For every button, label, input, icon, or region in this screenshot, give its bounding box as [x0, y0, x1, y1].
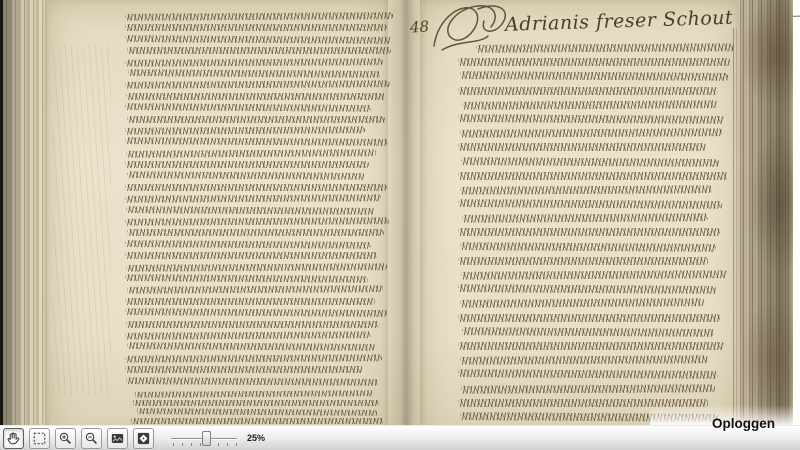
handwriting-line: [462, 213, 708, 223]
handwriting-line: [125, 240, 371, 249]
handwriting-line: [131, 418, 383, 424]
fit-screen-icon: [135, 430, 152, 447]
handwriting-line: [126, 377, 378, 386]
dashed-rect-icon: [31, 430, 48, 447]
handwriting-line: [126, 149, 376, 158]
marquee-select-button[interactable]: [29, 428, 50, 449]
handwriting-line: [458, 369, 718, 379]
handwriting-line: [126, 206, 375, 215]
right-page: Adrianis freser Schout Den: [420, 0, 738, 450]
handwriting-line: [458, 284, 716, 294]
zoom-slider[interactable]: [171, 428, 237, 449]
handwriting-line: [127, 342, 376, 351]
handwriting-line: [125, 217, 389, 226]
handwriting-line: [460, 242, 716, 252]
handwriting-line: [461, 157, 719, 167]
zoom-slider-thumb[interactable]: [202, 431, 211, 446]
handwriting-line: [460, 355, 708, 365]
handwriting-line: [125, 184, 387, 191]
left-page: [47, 0, 388, 450]
handwriting-line: [128, 69, 380, 78]
fore-edge-pages: [738, 0, 793, 450]
handwriting-line: [127, 286, 383, 295]
image-view-button[interactable]: [107, 428, 128, 449]
viewer-toolbar: 25%: [0, 425, 800, 450]
handwriting-line: [458, 199, 722, 209]
handwriting-line: [462, 327, 714, 337]
magnifier-minus-icon: [83, 430, 100, 447]
handwriting-line: [458, 172, 728, 180]
heading-text: Adrianis freser Schout Den: [505, 6, 751, 36]
handwriting-line: [125, 103, 371, 112]
handwriting-line: [125, 366, 363, 373]
handwriting-line: [125, 81, 390, 90]
handwriting-line: [458, 143, 706, 151]
ink-bleed-through: [53, 45, 111, 395]
handwriting-line: [125, 308, 387, 317]
fit-screen-button[interactable]: [133, 428, 154, 449]
handwriting-line: [125, 252, 377, 259]
handwriting-line: [125, 12, 393, 21]
handwriting-line: [125, 137, 388, 146]
handwriting-line: [125, 298, 375, 305]
handwriting-line: [126, 263, 387, 272]
handwriting-line: [462, 100, 717, 110]
handwriting-line: [125, 24, 387, 31]
handwriting-line: [476, 43, 734, 53]
hand-icon: [5, 430, 22, 447]
handwriting-line: [461, 270, 727, 280]
handwriting-line: [458, 314, 720, 322]
handwriting-left: [125, 13, 393, 389]
handwriting-line: [127, 229, 384, 236]
handwriting-line: [458, 257, 708, 265]
left-page-edges: [3, 0, 47, 450]
handwriting-line: [460, 299, 704, 308]
zoom-level-label: 25%: [247, 433, 265, 443]
margin-rule-secondary: [736, 28, 737, 450]
handwriting-line: [127, 47, 391, 54]
handwriting-line: [137, 408, 377, 416]
handwriting-line: [125, 274, 368, 283]
pan-tool-button[interactable]: [3, 428, 24, 449]
handwriting-line: [126, 321, 379, 328]
handwriting-line: [126, 93, 386, 100]
photo-icon: [109, 430, 126, 447]
zoom-in-button[interactable]: [55, 428, 76, 449]
handwriting-line: [133, 400, 379, 406]
handwriting-line: [125, 35, 391, 44]
handwriting-line: [458, 228, 720, 236]
zoom-out-button[interactable]: [81, 428, 102, 449]
logout-link[interactable]: Oploggen: [712, 416, 775, 431]
handwriting-right: [458, 44, 736, 427]
handwriting-line: [127, 116, 385, 123]
handwriting-line: [458, 58, 730, 66]
handwriting-line: [458, 114, 724, 124]
handwriting-line: [458, 87, 718, 95]
handwriting-line: [461, 384, 715, 394]
handwriting-line: [125, 58, 383, 67]
handwriting-line: [135, 390, 373, 397]
manuscript-photo[interactable]: 48 Adrianis freser Schout Den: [0, 0, 793, 450]
margin-rule: [733, 28, 734, 450]
handwriting-line: [125, 126, 365, 134]
handwriting-line: [125, 354, 382, 363]
handwriting-line: [125, 331, 371, 340]
handwriting-line: [125, 194, 381, 203]
handwriting-line: [458, 342, 724, 350]
handwriting-line: [460, 128, 722, 138]
handwriting-line: [460, 71, 728, 81]
magnifier-plus-icon: [57, 430, 74, 447]
handwriting-left-footer: [131, 391, 393, 427]
handwriting-line: [460, 185, 712, 195]
handwriting-line: [125, 161, 369, 168]
viewer-stage: 48 Adrianis freser Schout Den: [0, 0, 800, 450]
handwriting-line: [127, 172, 365, 181]
